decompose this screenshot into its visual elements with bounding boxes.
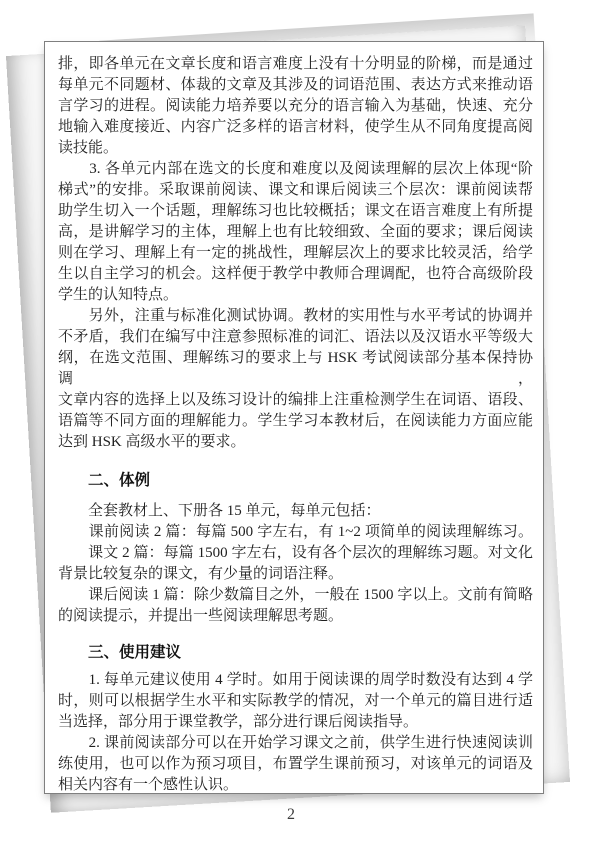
- text-line: 不矛盾，我们在编写中注意参照标准的词汇、语法以及汉语水平等级大: [58, 327, 533, 348]
- page-number: 2: [287, 805, 295, 825]
- text-line: 的阅读提示，并提出一些阅读理解思考题。: [58, 606, 533, 627]
- text-line: 学生的认知特点。: [58, 285, 533, 306]
- section-heading-tili: 二、体例: [58, 470, 533, 491]
- text-line: 课文 2 篇：每篇 1500 字左右，设有各个层次的理解练习题。对文化: [58, 543, 533, 564]
- scanned-book-page-view: 排，即各单元在文章长度和语言难度上没有十分明显的阶梯，而是通过 每单元不同题材、…: [0, 0, 600, 849]
- text-line: 排，即各单元在文章长度和语言难度上没有十分明显的阶梯，而是通过: [58, 54, 533, 75]
- text-line: 助学生切入一个话题，理解练习也比较概括；课文在语言难度上有所提: [58, 201, 533, 222]
- text-line: 高，是讲解学习的主体，理解上也有比较细致、全面的要求；课后阅读: [58, 222, 533, 243]
- text-line: 达到 HSK 高级水平的要求。: [58, 432, 533, 453]
- text-line: 练使用，也可以作为预习项目，布置学生课前预习，对该单元的词语及: [58, 754, 533, 775]
- text-line: 2. 课前阅读部分可以在开始学习课文之前，供学生进行快速阅读训: [58, 733, 533, 754]
- text-line: 课前阅读 2 篇：每篇 500 字左右，有 1~2 项简单的阅读理解练习。: [58, 522, 533, 543]
- text-line: 每单元不同题材、体裁的文章及其涉及的词语范围、表达方式来推动语: [58, 75, 533, 96]
- text-line: 言学习的进程。阅读能力培养要以充分的语言输入为基础，快速、充分: [58, 96, 533, 117]
- text-line: 3. 各单元内部在选文的长度和难度以及阅读理解的层次上体现“阶: [58, 159, 533, 180]
- text-line: 语篇等不同方面的理解能力。学生学习本教材后，在阅读能力方面应能: [58, 411, 533, 432]
- text-line: 生以自主学习的机会。这样便于教学中教师合理调配，也符合高级阶段: [58, 264, 533, 285]
- text-line: 当选择，部分用于课堂教学，部分进行课后阅读指导。: [58, 712, 533, 733]
- text-line: 梯式”的安排。采取课前阅读、课文和课后阅读三个层次：课前阅读帮: [58, 180, 533, 201]
- text-line: 文章内容的选择上以及练习设计的编排上注重检测学生在词语、语段、: [58, 390, 533, 411]
- text-line: 另外，注重与标准化测试协调。教材的实用性与水平考试的协调并: [58, 306, 533, 327]
- text-line: 课后阅读 1 篇：除少数篇目之外，一般在 1500 字以上。文前有简略: [58, 585, 533, 606]
- text-line: 则在学习、理解上有一定的挑战性，理解层次上的要求比较灵活，给学: [58, 243, 533, 264]
- text-line: 1. 每单元建议使用 4 学时。如用于阅读课的周学时数没有达到 4 学: [58, 670, 533, 691]
- text-line: 地输入难度接近、内容广泛多样的语言材料，使学生从不同角度提高阅: [58, 117, 533, 138]
- text-line: 全套教材上、下册各 15 单元，每单元包括：: [58, 501, 533, 522]
- text-line: 背景比较复杂的课文，有少量的词语注释。: [58, 564, 533, 585]
- document-page: 排，即各单元在文章长度和语言难度上没有十分明显的阶梯，而是通过 每单元不同题材、…: [44, 41, 544, 794]
- text-line: 纲，在选文范围、理解练习的要求上与 HSK 考试阅读部分基本保持协调，: [58, 348, 533, 390]
- text-line: 相关内容有一个感性认识。: [58, 775, 533, 796]
- page-text-content: 排，即各单元在文章长度和语言难度上没有十分明显的阶梯，而是通过 每单元不同题材、…: [45, 42, 543, 793]
- text-line: 时，则可以根据学生水平和实际教学的情况，对一个单元的篇目进行适: [58, 691, 533, 712]
- text-line: 读技能。: [58, 138, 533, 159]
- section-heading-shiyong: 三、使用建议: [58, 642, 533, 663]
